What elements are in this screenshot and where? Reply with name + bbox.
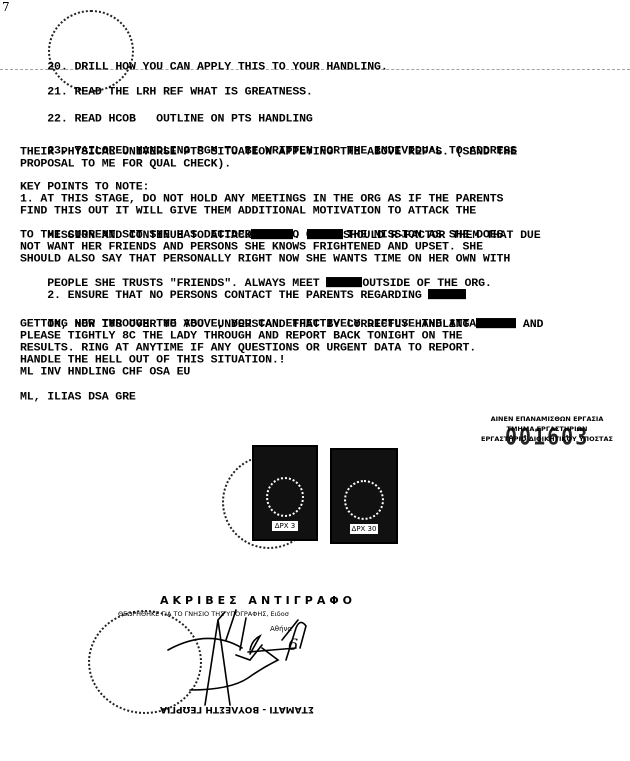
handwritten-signature: 6 (0, 0, 630, 761)
scanned-document-page: 7 20. DRILL HOW YOU CAN APPLY THIS TO YO… (0, 0, 630, 761)
handwritten-date: 6 (288, 635, 298, 654)
